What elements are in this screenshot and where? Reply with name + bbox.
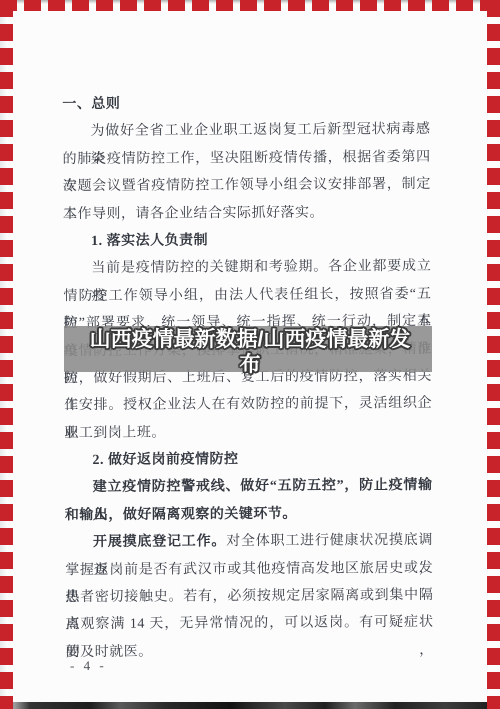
paragraph-line: 点观察满 14 天，无异常情况的，可以返岗。有可疑症状的，	[65, 609, 433, 639]
section-heading: 一、总则	[62, 89, 430, 119]
scan-bottom-edge	[0, 702, 500, 709]
paragraph-line: 开展摸底登记工作。对全体职工进行健康状况摸底调查，	[65, 527, 433, 557]
paragraph-lead: 开展摸底登记工作。	[93, 534, 226, 550]
paragraph-line: 掌握返岗前是否有武汉市或其他疫情高发地区旅居史或发热	[65, 555, 433, 585]
overlay-title-line1: 山西疫情最新数据/山西疫情最新发	[0, 328, 500, 353]
subheading-1: 1. 落实法人负责制	[63, 226, 431, 256]
document-page: 一、总则 为做好全省工业企业职工返岗复工后新型冠状病毒感染 的肺炎疫情防控工作，…	[0, 0, 500, 709]
paragraph-line: 情防控工作领导小组，由法人代表任组长，按照省委“五防五	[63, 281, 431, 311]
paragraph-line: 为做好全省工业企业职工返岗复工后新型冠状病毒感染	[62, 116, 430, 146]
paragraph-line: 患者密切接触史。若有，必须按规定居家隔离或到集中隔离	[65, 582, 433, 612]
overlay-title: 山西疫情最新数据/山西疫情最新发 布	[0, 328, 500, 377]
red-dash-border-right-icon	[487, 0, 500, 709]
page-number: - 4 -	[70, 658, 107, 674]
red-dash-border-left-icon	[0, 0, 13, 709]
document-body: 一、总则 为做好全省工业企业职工返岗复工后新型冠状病毒感染 的肺炎疫情防控工作，…	[62, 89, 434, 666]
paragraph-line: 的肺炎疫情防控工作，坚决阻断疫情传播，根据省委第四次	[63, 144, 431, 174]
paragraph-line: 当前是疫情防控的关键期和考验期。各企业都要成立疫	[63, 253, 431, 283]
paragraph-line: 职工到岗上班。	[64, 418, 432, 448]
red-dash-border-top-icon	[0, 0, 500, 11]
overlay-title-line2: 布	[0, 353, 500, 378]
paragraph-line: 和输出，做好隔离观察的关键环节。	[65, 500, 433, 530]
paragraph-line: 工作导则，请各企业结合实际抓好落实。	[63, 198, 431, 228]
paragraph-line: 建立疫情防控警戒线、做好“五防五控”，防止疫情输入	[65, 472, 433, 502]
subheading-2: 2. 做好返岗前疫情防控	[64, 445, 432, 475]
paragraph-line: 作安排。授权企业法人在有效防控的前提下，灵活组织企业	[64, 390, 432, 420]
paragraph-line: 专题会议暨省疫情防控工作领导小组会议安排部署，制定本	[63, 171, 431, 201]
